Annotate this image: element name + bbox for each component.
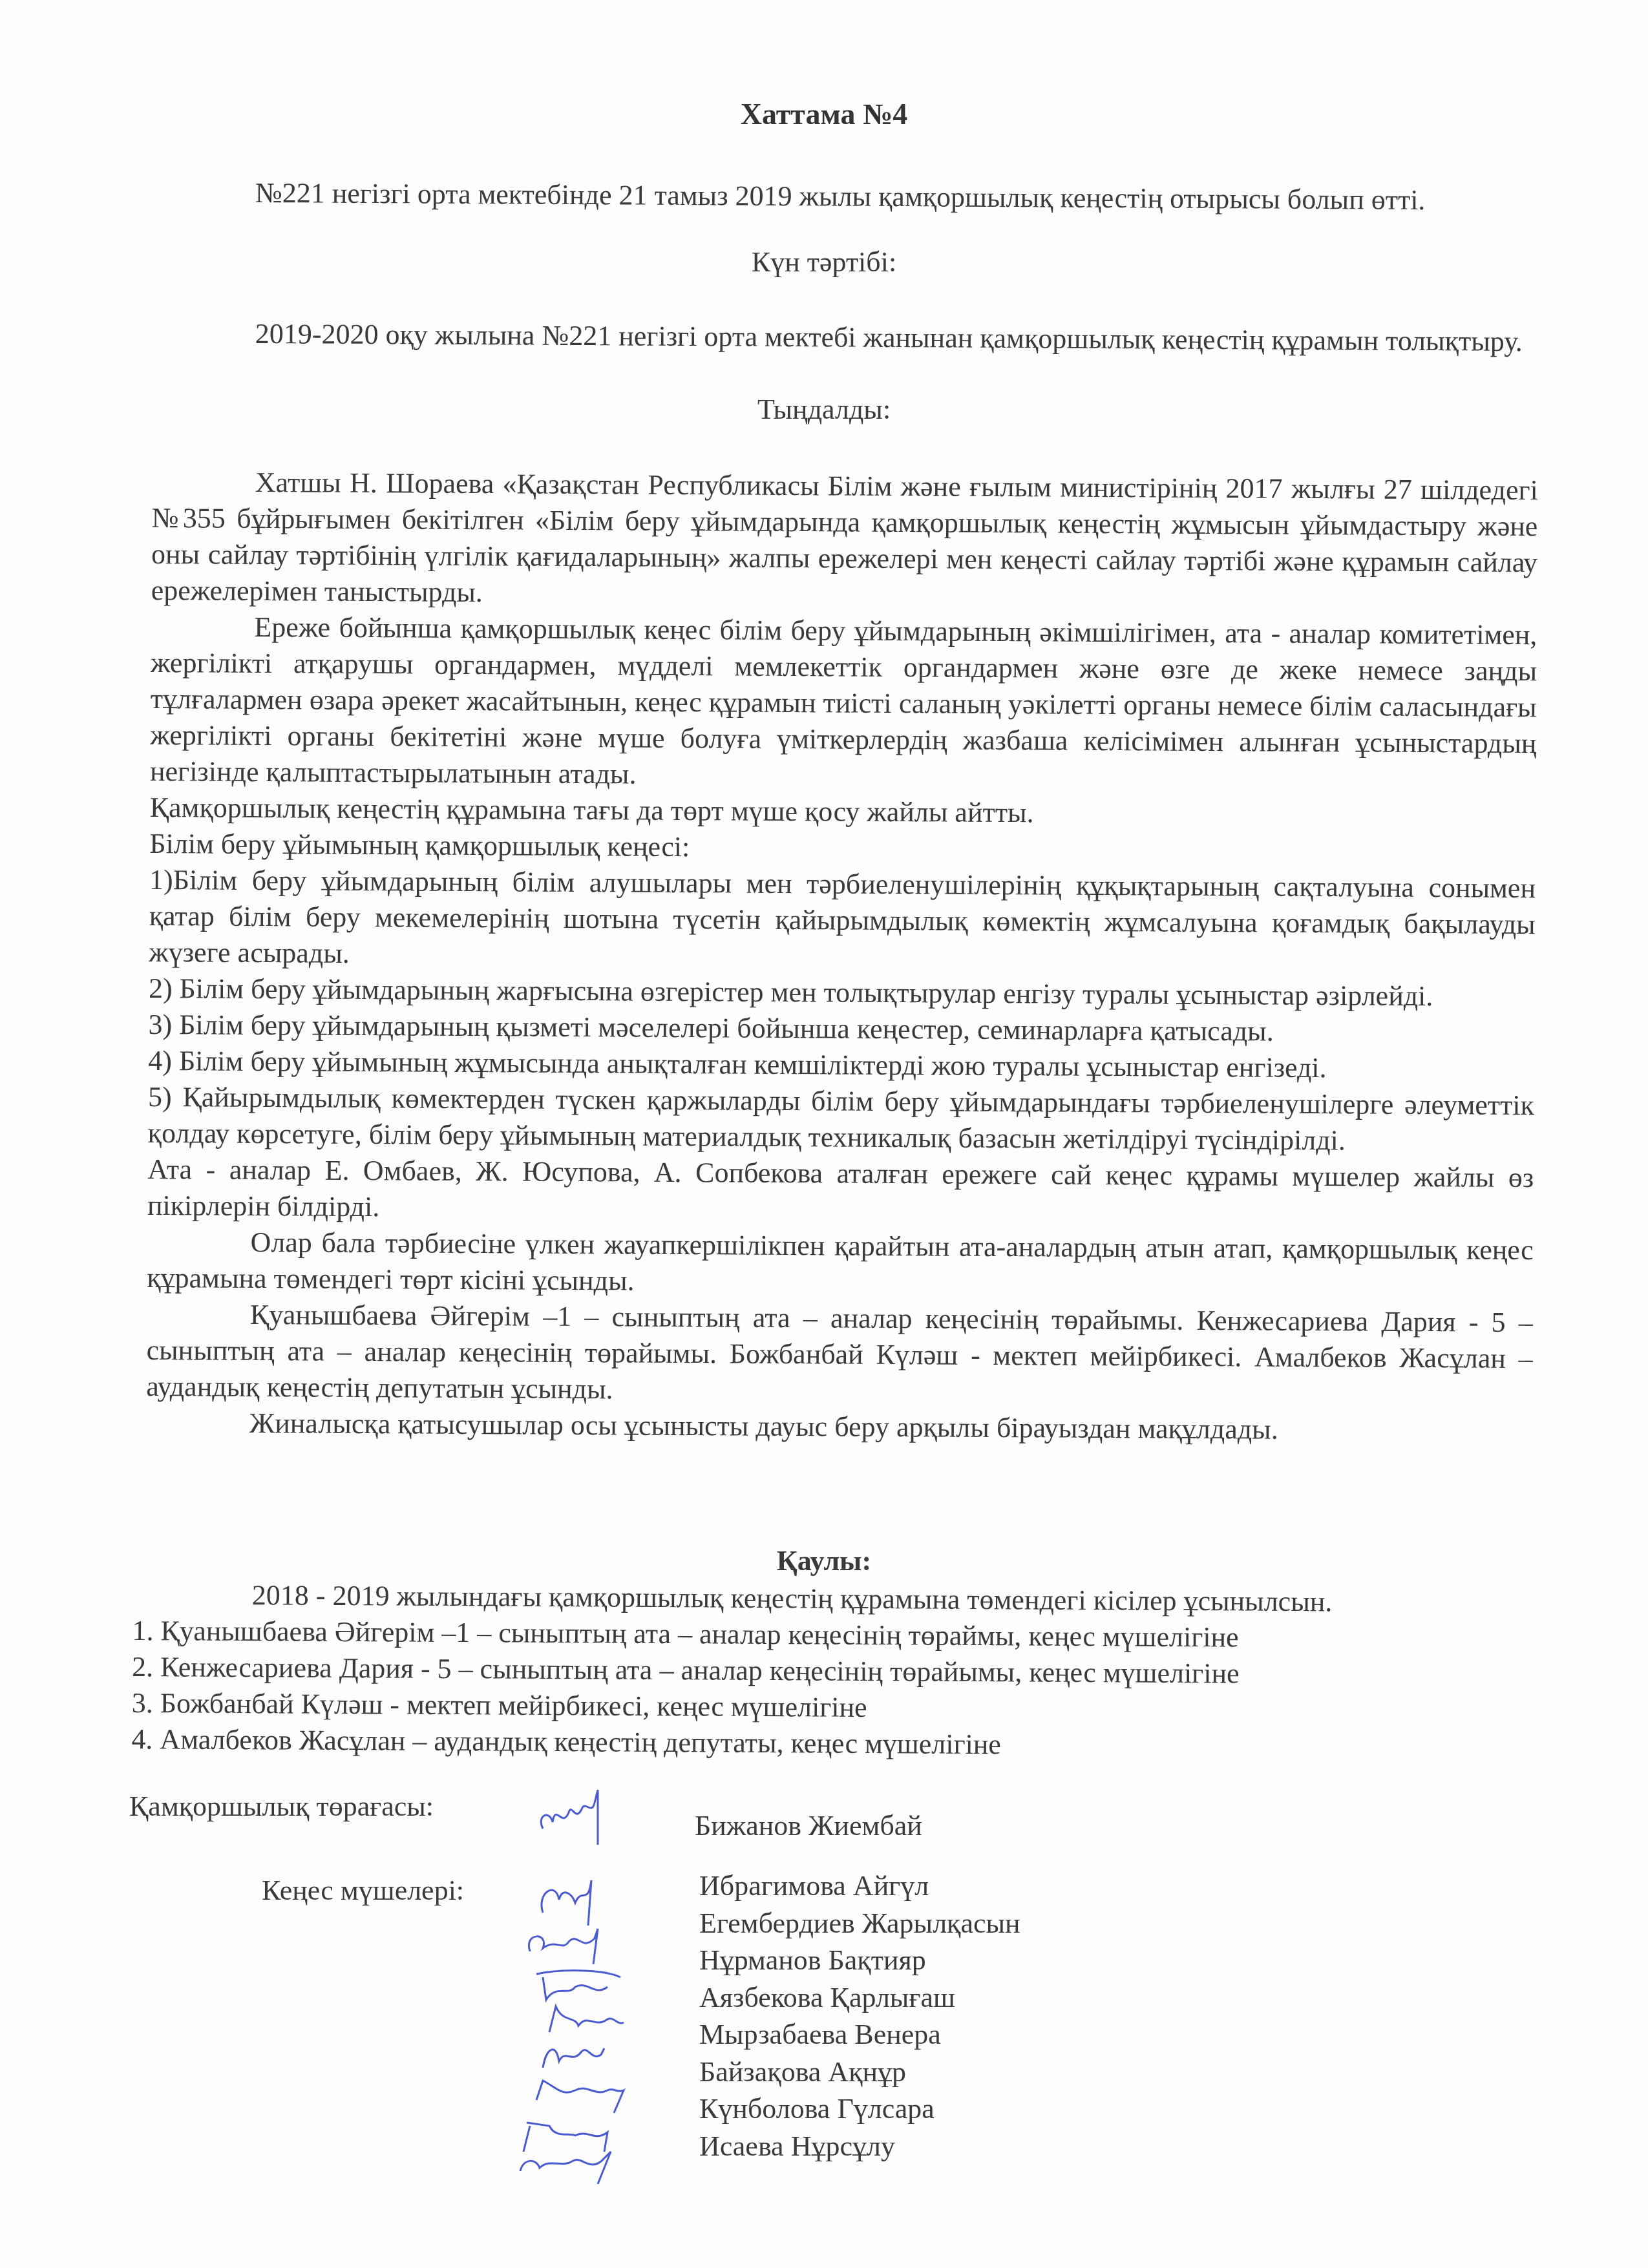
proposal-paragraph: Олар бала тәрбиесіне үлкен жауапкершілік… — [147, 1224, 1534, 1305]
listened-heading: Тыңдалды: — [0, 393, 1648, 426]
document-title: Хаттама №4 — [0, 97, 1648, 131]
intro-paragraph: №221 негізгі орта мектебінде 21 тамыз 20… — [152, 174, 1538, 219]
chair-signature-icon — [530, 1783, 614, 1848]
members-label: Кеңес мүшелері: — [262, 1874, 464, 1907]
member-name: Аязбекова Қарлығаш — [699, 1979, 1020, 2017]
intro-text: №221 негізгі орта мектебінде 21 тамыз 20… — [152, 174, 1538, 219]
main-body: Хатшы Н. Шораева «Қазақстан Республикасы… — [146, 464, 1538, 1449]
member-name: Нұрманов Бақтияр — [699, 1942, 1020, 1979]
agenda-heading: Күн тәртібі: — [0, 246, 1648, 278]
duty-item: 1)Білім беру ұйымдарының білім алушылары… — [149, 862, 1536, 979]
chair-name: Бижанов Жиембай — [695, 1809, 922, 1842]
document-page: Хаттама №4 №221 негізгі орта мектебінде … — [0, 0, 1648, 2268]
member-name: Ибрагимова Айгүл — [699, 1867, 1020, 1905]
candidates-paragraph: Қуанышбаева Әйгерім –1 – сыныптың ата – … — [146, 1296, 1533, 1413]
member-name: Байзақова Ақнұр — [699, 2053, 1020, 2091]
resolution-block: 2018 - 2019 жылындағы қамқоршылық кеңест… — [131, 1577, 1554, 1766]
secretary-paragraph: Хатшы Н. Шораева «Қазақстан Республикасы… — [151, 464, 1538, 617]
agenda-text: 2019-2020 оқу жылына №221 негізгі орта м… — [152, 315, 1538, 360]
duty-item: 5) Қайырымдылық көмектерден түскен қаржы… — [148, 1079, 1535, 1160]
resolution-heading: Қаулы: — [0, 1544, 1648, 1577]
vote-paragraph: Жиналысқа қатысушылар осы ұсынысты дауыс… — [146, 1405, 1532, 1449]
parents-paragraph: Ата - аналар Е. Омбаев, Ж. Юсупова, А. С… — [147, 1151, 1534, 1232]
member-name: Исаева Нұрсұлу — [699, 2128, 1020, 2165]
member-name: Күнболова Гүлсара — [699, 2090, 1020, 2128]
chair-label: Қамқоршылық төрағасы: — [129, 1790, 434, 1823]
agenda-paragraph: 2019-2020 оқу жылына №221 негізгі орта м… — [152, 315, 1538, 360]
member-name: Мырзабаева Венера — [699, 2016, 1020, 2053]
members-list: Ибрагимова Айгүл Егембердиев Жарылқасын … — [699, 1867, 1020, 2165]
member-name: Егембердиев Жарылқасын — [699, 1905, 1020, 1942]
rules-paragraph: Ереже бойынша қамқоршылық кеңес білім бе… — [150, 609, 1537, 798]
members-signatures-icon — [517, 1867, 711, 2184]
